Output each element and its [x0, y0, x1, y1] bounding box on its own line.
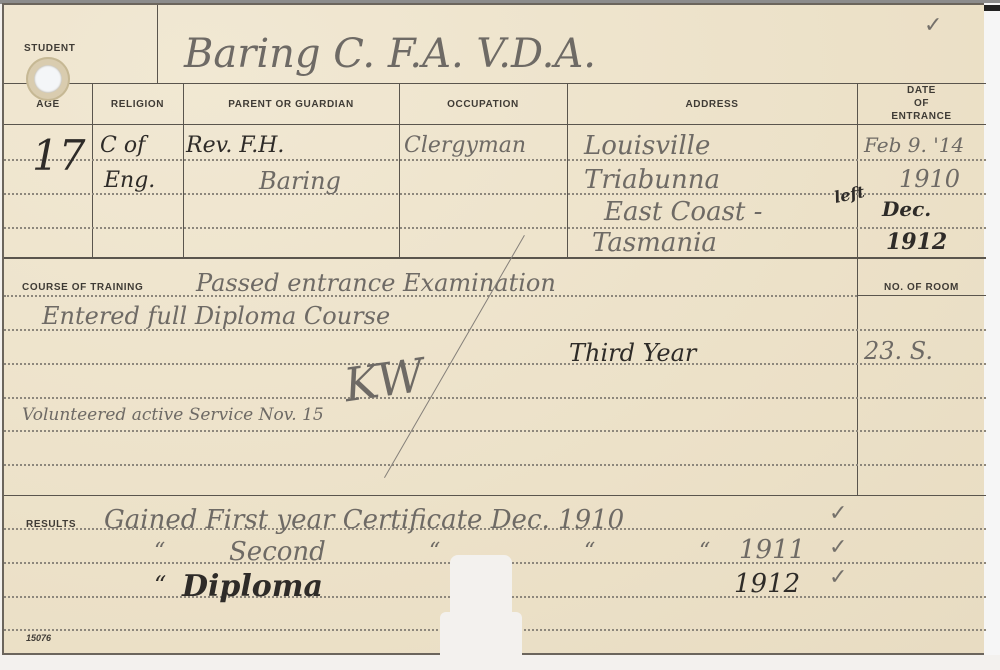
checkmark-icon: ✓	[829, 501, 847, 526]
form-number: 15076	[26, 633, 51, 643]
label-no-of-room: NO. OF ROOM	[857, 282, 986, 293]
initials: KW	[341, 348, 428, 413]
religion-line1: C of	[100, 133, 145, 158]
section-divider-results	[4, 495, 986, 496]
label-student: STUDENT	[24, 43, 75, 54]
dotted-rule	[4, 363, 986, 365]
result-line2-ditto: “	[429, 539, 440, 564]
section-divider-course	[4, 257, 986, 259]
label-results: RESULTS	[26, 519, 76, 530]
punch-hole-grommet	[26, 57, 70, 101]
address-line3: East Coast -	[604, 197, 762, 227]
result-line3-year: 1912	[734, 569, 800, 599]
left-note: left	[832, 182, 866, 207]
result-line3-text: Diploma	[182, 569, 323, 604]
dotted-rule	[4, 397, 986, 399]
label-entrance: ENTRANCE	[857, 111, 986, 122]
student-label-divider	[157, 5, 158, 83]
checkmark-icon: ✓	[924, 13, 942, 38]
result-line3-ditto: “	[154, 571, 166, 599]
date-entrance-line2: 1910	[899, 165, 960, 193]
student-name: Baring C. F.A. V.D.A.	[184, 31, 596, 77]
label-address: ADDRESS	[567, 99, 857, 110]
room-header-line	[857, 295, 986, 296]
result-line2-ditto: “	[699, 539, 710, 564]
result-line2-ditto: “	[154, 539, 165, 564]
dotted-rule	[4, 464, 986, 466]
volunteer-note: Volunteered active Service Nov. 15	[22, 405, 324, 425]
date-left-line1: Dec.	[882, 197, 931, 221]
checkmark-icon: ✓	[829, 535, 847, 560]
scan-bottom-edge	[0, 655, 1000, 670]
parent-line2: Baring	[259, 167, 341, 195]
result-line2-ditto: “	[584, 539, 595, 564]
label-date: DATE	[857, 85, 986, 96]
dotted-rule	[4, 159, 986, 161]
checkmark-icon: ✓	[829, 565, 847, 590]
dotted-rule	[4, 227, 986, 229]
address-line1: Louisville	[584, 131, 710, 161]
scan-right-edge	[984, 3, 1000, 670]
religion-line2: Eng.	[104, 168, 155, 193]
label-occupation: OCCUPATION	[399, 99, 567, 110]
course-line3: Third Year	[569, 339, 696, 367]
header-row-top-line	[4, 83, 986, 84]
label-religion: RELIGION	[92, 99, 183, 110]
date-entrance-line1: Feb 9. '14	[864, 133, 964, 157]
label-of: OF	[857, 98, 986, 109]
result-line2-text: Second	[229, 537, 326, 567]
parent-line1: Rev. F.H.	[186, 133, 284, 158]
dotted-rule	[4, 430, 986, 432]
course-line2: Entered full Diploma Course	[42, 302, 390, 330]
header-row-bottom-line	[4, 124, 986, 125]
label-course-of-training: COURSE OF TRAINING	[22, 282, 143, 293]
label-parent-or-guardian: PARENT OR GUARDIAN	[183, 99, 399, 110]
address-line2: Triabunna	[584, 165, 720, 195]
result-line1: Gained First year Certificate Dec. 1910	[104, 505, 624, 535]
address-line4: Tasmania	[592, 228, 717, 258]
date-left-line2: 1912	[886, 229, 947, 255]
occupation-value: Clergyman	[404, 133, 526, 158]
age-value: 17	[32, 131, 85, 180]
room-number: 23. S.	[864, 337, 933, 365]
result-line2-year: 1911	[739, 535, 805, 565]
